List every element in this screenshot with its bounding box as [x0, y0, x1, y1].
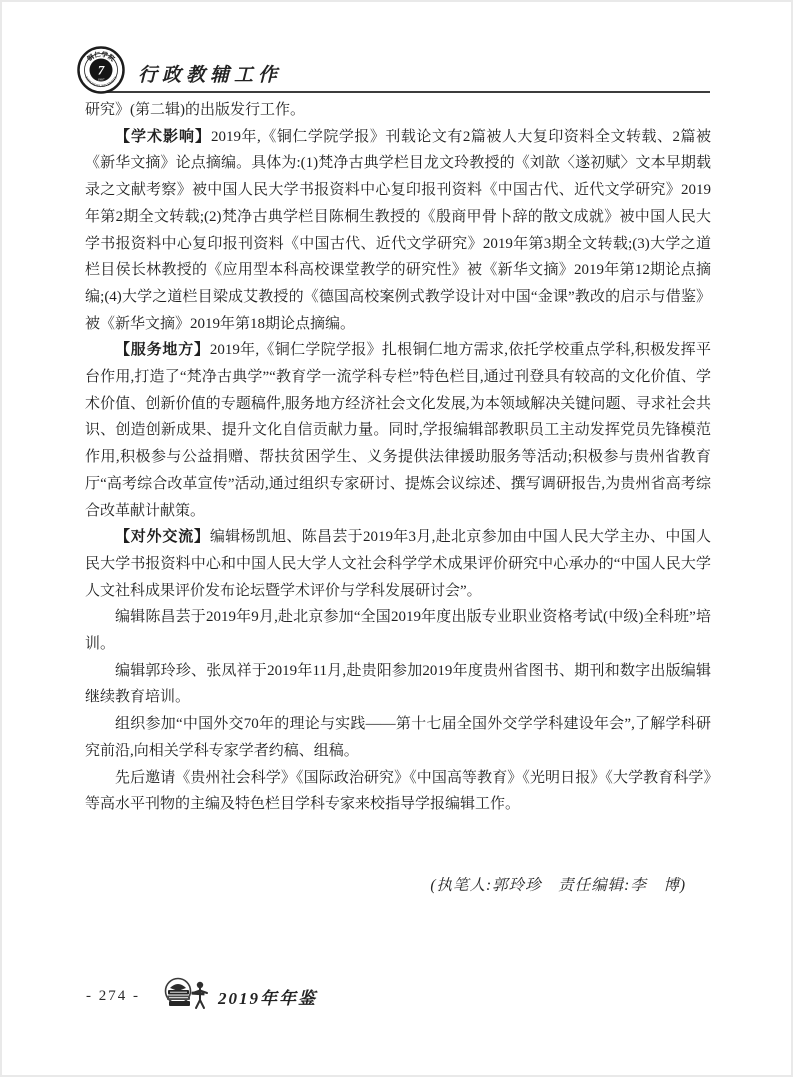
- paragraph-text: 先后邀请《贵州社会科学》《国际政治研究》《中国高等教育》《光明日报》《大学教育科…: [85, 770, 711, 813]
- paragraph-text: 2019年,《铜仁学院学报》刊载论文有2篇被人大复印资料全文转载、2篇被《新华文…: [85, 129, 711, 332]
- section-title: 行政教辅工作: [138, 60, 282, 87]
- page-footer: - 274 - 2019年年鉴: [86, 976, 317, 1016]
- header-divider: [98, 91, 710, 93]
- paragraph-external-exchange: 【对外交流】编辑杨凯旭、陈昌芸于2019年3月,赴北京参加由中国人民大学主办、中…: [85, 524, 711, 604]
- paragraph-text: 组织参加“中国外交70年的理论与实践——第十七届全国外交学学科建设年会”,了解学…: [85, 716, 711, 759]
- paragraph-label: 【服务地方】: [115, 341, 210, 358]
- paragraph-local-service: 【服务地方】2019年,《铜仁学院学报》扎根铜仁地方需求,依托学校重点学科,积极…: [85, 337, 711, 524]
- paragraph-continuation: 研究》(第二辑)的出版发行工作。: [85, 97, 711, 124]
- yearbook-page: 铜仁学院 TONGREN UNIVERSITY 7 1987 行政教辅工作 研究…: [0, 0, 793, 1077]
- seal-center-glyph: 7: [98, 63, 105, 78]
- seal-year: 1987: [98, 78, 105, 82]
- yearbook-logo-icon: [162, 976, 210, 1016]
- paragraph-training-guiyang: 编辑郭玲珍、张凤祥于2019年11月,赴贵阳参加2019年度贵州省图书、期刊和数…: [85, 658, 711, 711]
- paragraph-text: 2019年,《铜仁学院学报》扎根铜仁地方需求,依托学校重点学科,积极发挥平台作用…: [85, 342, 711, 518]
- paragraph-expert-invitations: 先后邀请《贵州社会科学》《国际政治研究》《中国高等教育》《光明日报》《大学教育科…: [85, 765, 711, 818]
- page-body: 研究》(第二辑)的出版发行工作。 【学术影响】2019年,《铜仁学院学报》刊载论…: [85, 97, 711, 895]
- paragraph-text: 编辑陈昌芸于2019年9月,赴北京参加“全国2019年度出版专业职业资格考试(中…: [85, 609, 711, 652]
- paragraph-text: 编辑郭玲珍、张凤祥于2019年11月,赴贵阳参加2019年度贵州省图书、期刊和数…: [85, 663, 711, 706]
- author-signature: (执笔人:郭玲珍 责任编辑:李 博): [85, 873, 711, 895]
- yearbook-title: 2019年年鉴: [218, 984, 317, 1009]
- paragraph-label: 【对外交流】: [115, 528, 210, 545]
- paragraph-label: 【学术影响】: [115, 128, 211, 145]
- paragraph-diplomacy-conference: 组织参加“中国外交70年的理论与实践——第十七届全国外交学学科建设年会”,了解学…: [85, 711, 711, 764]
- paragraph-training-beijing: 编辑陈昌芸于2019年9月,赴北京参加“全国2019年度出版专业职业资格考试(中…: [85, 604, 711, 657]
- paragraph-text: 研究》(第二辑)的出版发行工作。: [85, 102, 305, 118]
- university-seal-icon: 铜仁学院 TONGREN UNIVERSITY 7 1987: [77, 45, 125, 95]
- page-number: - 274 -: [86, 988, 140, 1005]
- paragraph-academic-impact: 【学术影响】2019年,《铜仁学院学报》刊载论文有2篇被人大复印资料全文转载、2…: [85, 124, 711, 338]
